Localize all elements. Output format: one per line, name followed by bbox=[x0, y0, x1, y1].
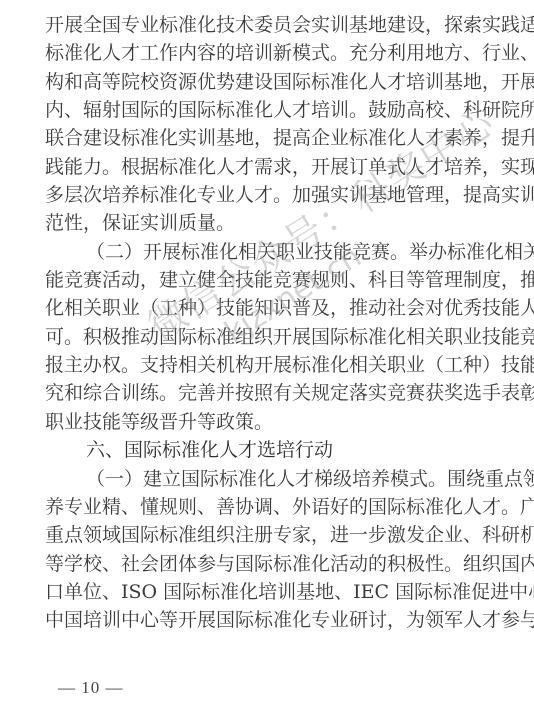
subheading-line: （二）开展标准化相关职业技能竞赛。举办标准化相关职业技 bbox=[45, 238, 496, 266]
paragraph-line: 范性，保证实训质量。 bbox=[45, 209, 496, 237]
subheading-line: （一）建立国际标准化人才梯级培养模式。围绕重点领域，培 bbox=[45, 465, 496, 493]
paragraph-line: 联合建设标准化实训基地，提高企业标准化人才素养，提升工作实 bbox=[45, 124, 496, 152]
document-page: 开展全国专业标准化技术委员会实训基地建设，探索实践适合不同 标准化人才工作内容的… bbox=[0, 0, 534, 727]
paragraph-line: 等学校、社会团体参与国际标准化活动的积极性。组织国内技术对 bbox=[45, 550, 496, 578]
paragraph-line: 究和综合训练。完善并按照有关规定落实竞赛获奖选手表彰奖励、 bbox=[45, 379, 496, 407]
page-number: — 10 — bbox=[58, 678, 124, 698]
paragraph-line: 可。积极推动国际标准组织开展国际标准化相关职业技能竞赛并申 bbox=[45, 323, 496, 351]
paragraph-line: 化相关职业（工种）技能知识普及，推动社会对优秀技能人才的认 bbox=[45, 294, 496, 322]
paragraph-line: 内、辐射国际的国际标准化人才培训。鼓励高校、科研院所和企业 bbox=[45, 96, 496, 124]
paragraph-line: 报主办权。支持相关机构开展标准化相关职业（工种）技能竞赛研 bbox=[45, 351, 496, 379]
body-text: 开展全国专业标准化技术委员会实训基地建设，探索实践适合不同 标准化人才工作内容的… bbox=[45, 11, 496, 635]
paragraph-line: 开展全国专业标准化技术委员会实训基地建设，探索实践适合不同 bbox=[45, 11, 496, 39]
paragraph-line: 重点领域国际标准组织注册专家，进一步激发企业、科研机构、高 bbox=[45, 521, 496, 549]
paragraph-line: 标准化人才工作内容的培训新模式。充分利用地方、行业、科研机 bbox=[45, 39, 496, 67]
paragraph-line: 能竞赛活动，建立健全技能竞赛规则、科目等管理制度，推进标准 bbox=[45, 266, 496, 294]
paragraph-line: 养专业精、懂规则、善协调、外语好的国际标准化人才。广泛征集 bbox=[45, 493, 496, 521]
paragraph-line: 构和高等院校资源优势建设国际标准化人才培训基地，开展面向国 bbox=[45, 68, 496, 96]
paragraph-line: 中国培训中心等开展国际标准化专业研讨，为领军人才参与国际标 bbox=[45, 606, 496, 634]
paragraph-line: 多层次培养标准化专业人才。加强实训基地管理，提高实训基地规 bbox=[45, 181, 496, 209]
paragraph-line: 口单位、ISO 国际标准化培训基地、IEC 国际标准促进中心、ITU bbox=[45, 578, 496, 606]
paragraph-line: 践能力。根据标准化人才需求，开展订单式人才培养，实现多渠道、 bbox=[45, 153, 496, 181]
section-heading: 六、国际标准化人才选培行动 bbox=[45, 436, 496, 464]
paragraph-line: 职业技能等级晋升等政策。 bbox=[45, 408, 496, 436]
